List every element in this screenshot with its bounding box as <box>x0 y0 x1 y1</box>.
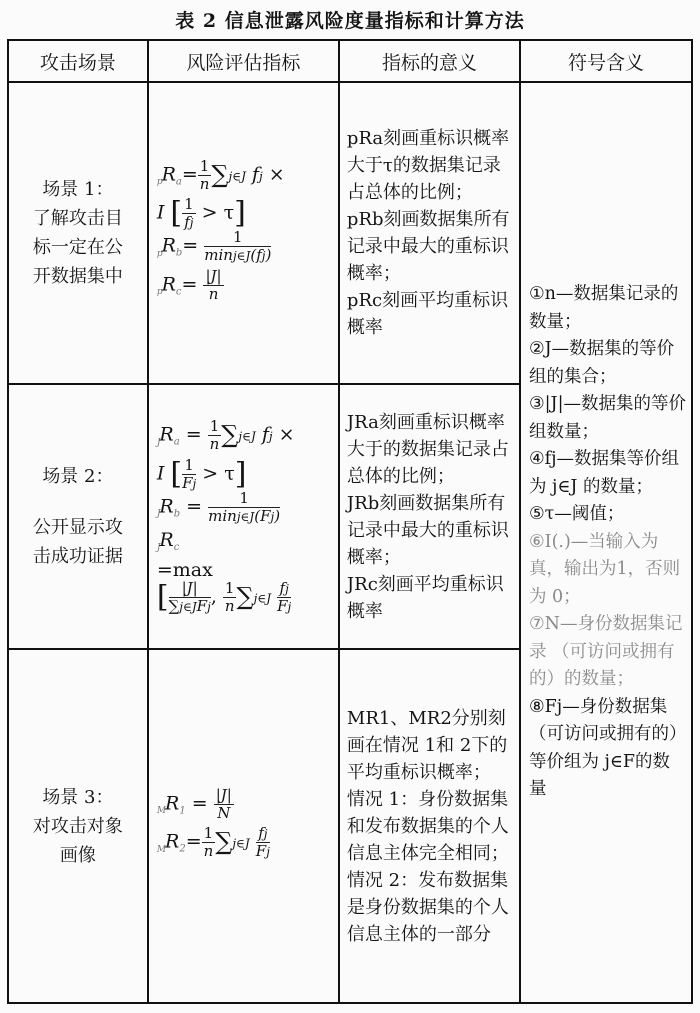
symbol-item-3: ③|J|—数据集的等价组数量； <box>529 391 686 446</box>
formula-r2: MR2=1n∑j∈J fjFj <box>157 826 338 865</box>
table-row-scenario-1: 场景 1： 了解攻击目 标一定在公 开数据集中 pRa=1n∑j∈J fj × … <box>8 82 692 384</box>
formula-rb: pRb= 1minj∈J(fj) <box>157 230 338 269</box>
formula-rc-args: [|J|∑j∈JFj, 1n∑j∈J fjFj <box>157 581 338 614</box>
formula-rc: JRc <box>157 529 338 559</box>
scenario-line: 公开显示攻 <box>9 513 147 542</box>
symbol-item-6: ⑥I(.)—当输入为真，输出为1，否则为 0； <box>529 529 686 612</box>
meaning-item: 情况 1：身份数据集和发布数据集的个人信息主体完全相同； <box>347 786 515 867</box>
scenario-title: 场景 2： <box>9 462 147 491</box>
formula-cell: pRa=1n∑j∈J fj × I [1fj > τ] pRb= 1minj∈J… <box>148 82 339 384</box>
formula-ra-indicator: I [1Fj > τ] <box>157 458 338 491</box>
header-metric-meaning: 指标的意义 <box>339 40 520 82</box>
table-caption: 表 2 信息泄露风险度量指标和计算方法 <box>0 6 700 33</box>
scenario-line: 击成功证据 <box>9 542 147 571</box>
meaning-item: pRb刻画数据集所有记录中最大的重标识概率； <box>347 206 515 287</box>
scenario-cell: 场景 2： 公开显示攻 击成功证据 <box>8 384 148 649</box>
meaning-cell: JRa刻画重标识概率大于的数据集记录占总体的比例； JRb刻画数据集所有记录中最… <box>339 384 520 649</box>
symbol-item-7: ⑦N—身份数据集记录 （可访问或拥有的）的数量； <box>529 611 686 694</box>
meaning-cell: pRa刻画重标识概率大于τ的数据集记录占总体的比例； pRb刻画数据集所有记录中… <box>339 82 520 384</box>
scenario-cell: 场景 3： 对攻击对象 画像 <box>8 649 148 1003</box>
formula-ra-indicator: I [1fj > τ] <box>157 197 338 230</box>
meaning-item: pRa刻画重标识概率大于τ的数据集记录占总体的比例； <box>347 125 515 206</box>
symbol-meaning-cell: ①n—数据集记录的数量； ②J—数据集的等价组的集合； ③|J|—数据集的等价组… <box>520 82 692 1003</box>
meaning-item: MR1、MR2分别刻画在情况 1和 2下的平均重标识概率； <box>347 705 515 786</box>
scenario-line: 对攻击对象 <box>9 812 147 841</box>
scenario-cell: 场景 1： 了解攻击目 标一定在公 开数据集中 <box>8 82 148 384</box>
symbol-item-1: ①n—数据集记录的数量； <box>529 281 686 336</box>
formula-ra: JRa = 1n∑j∈J fj × <box>157 419 338 458</box>
meaning-item: pRc刻画平均重标识概率 <box>347 287 515 341</box>
scenario-line: 了解攻击目 <box>9 204 147 233</box>
scenario-title: 场景 1： <box>9 175 147 204</box>
symbol-item-4: ④fj—数据集等价组为 j∈J 的数量； <box>529 446 686 501</box>
symbol-item-2: ②J—数据集的等价组的集合； <box>529 336 686 391</box>
risk-metrics-table: 攻击场景 风险评估指标 指标的意义 符号含义 场景 1： 了解攻击目 标一定在公… <box>7 39 693 1004</box>
formula-r1: MR1 = |J|N <box>157 788 338 827</box>
formula-rc-max: =max <box>157 559 338 581</box>
header-symbol-meaning: 符号含义 <box>520 40 692 82</box>
formula-rb: JRb = 1minj∈J(Fj) <box>157 491 338 530</box>
formula-cell: MR1 = |J|N MR2=1n∑j∈J fjFj <box>148 649 339 1003</box>
scenario-line: 开数据集中 <box>9 262 147 291</box>
scenario-title: 场景 3： <box>9 783 147 812</box>
header-risk-metric: 风险评估指标 <box>148 40 339 82</box>
header-attack-scenario: 攻击场景 <box>8 40 148 82</box>
meaning-item: JRa刻画重标识概率大于的数据集记录占总体的比例； <box>347 409 515 490</box>
meaning-cell: MR1、MR2分别刻画在情况 1和 2下的平均重标识概率； 情况 1：身份数据集… <box>339 649 520 1003</box>
formula-ra: pRa=1n∑j∈J fj × <box>157 159 338 198</box>
meaning-item: JRb刻画数据集所有记录中最大的重标识概率； <box>347 490 515 571</box>
meaning-item: JRc刻画平均重标识概率 <box>347 571 515 625</box>
header-row: 攻击场景 风险评估指标 指标的意义 符号含义 <box>8 40 692 82</box>
meaning-item: 情况 2：发布数据集是身份数据集的个人信息主体的一部分 <box>347 867 515 948</box>
symbol-item-8: ⑧Fj—身份数据集 （可访问或拥有的）等价组为 j∈F的数量 <box>529 694 686 804</box>
formula-rc: pRc= |J|n <box>157 269 338 308</box>
formula-cell: JRa = 1n∑j∈J fj × I [1Fj > τ] JRb = 1min… <box>148 384 339 649</box>
scenario-line: 标一定在公 <box>9 233 147 262</box>
scenario-line: 画像 <box>9 841 147 870</box>
symbol-item-5: ⑤τ—阈值； <box>529 501 686 529</box>
